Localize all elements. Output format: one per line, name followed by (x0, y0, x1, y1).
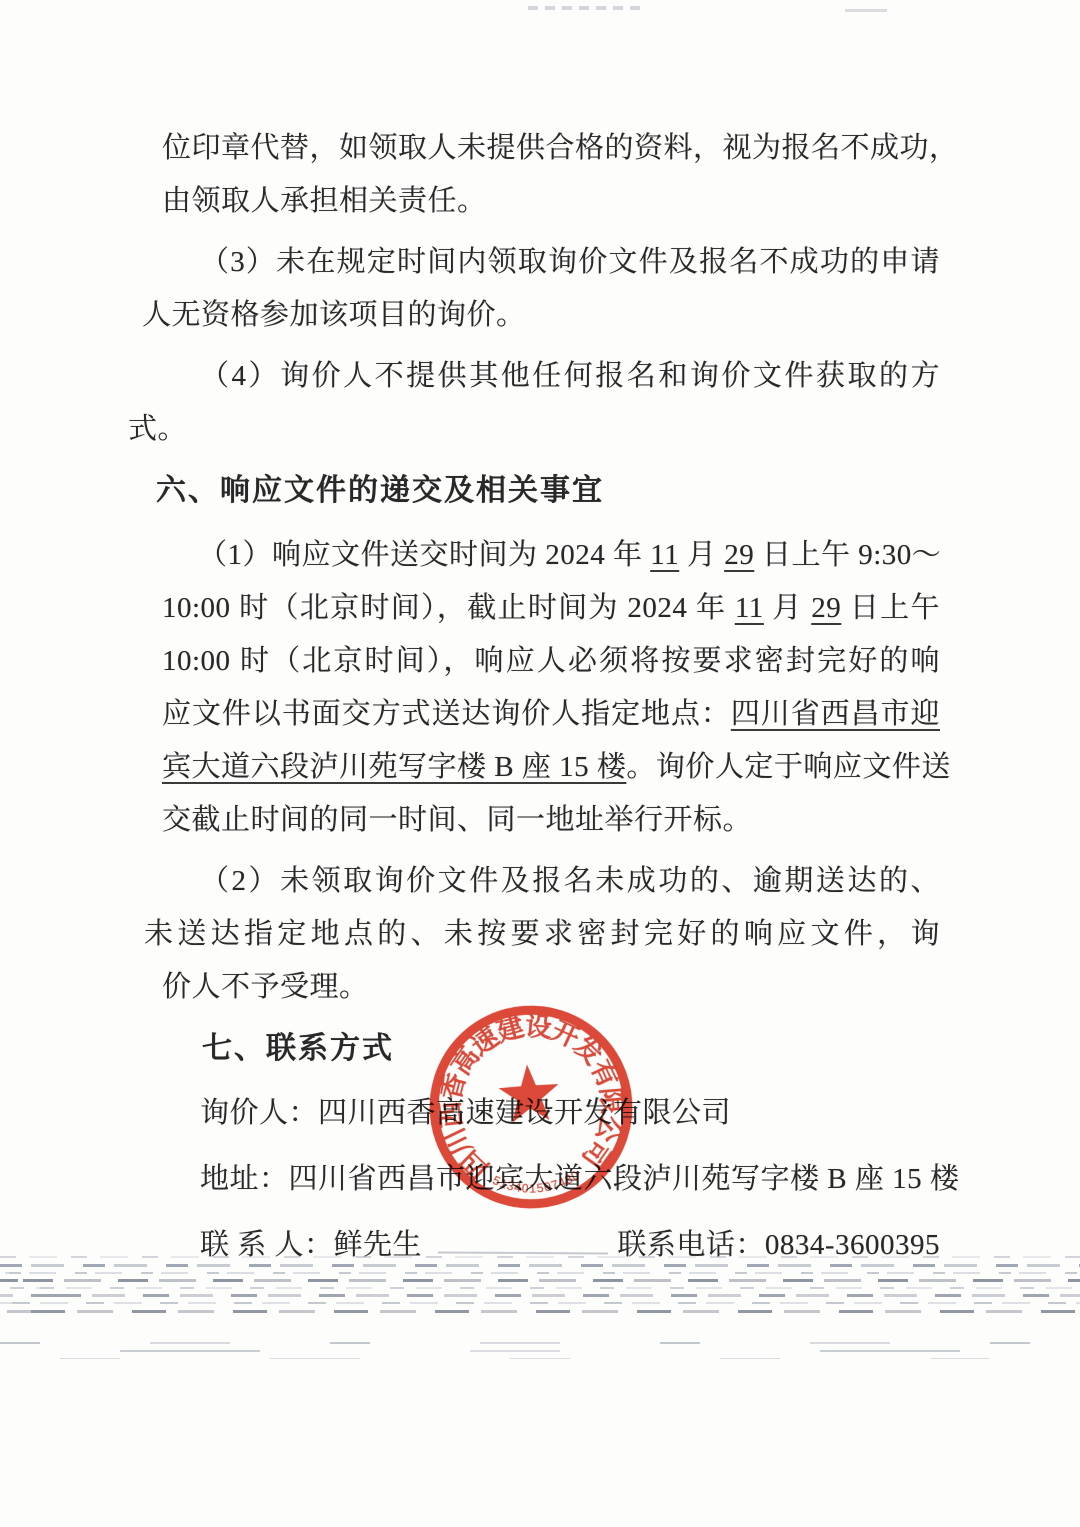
text-segment: 10:00 时（北京时间），截止时间为 2024 年 (162, 592, 735, 624)
text-line: （3）未在规定时间内领取询价文件及报名不成功的申请 (200, 236, 940, 289)
text-segment: 交截止时间的同一时间、同一地址举行开标。 (162, 804, 752, 836)
underlined-text: 29 (724, 539, 754, 571)
para-item-3: （3）未在规定时间内领取询价文件及报名不成功的申请人无资格参加该项目的询价。 (162, 236, 940, 342)
scan-streak (0, 1287, 1080, 1289)
text-line: 由领取人承担相关责任。 (162, 175, 940, 228)
text-segment: 人无资格参加该项目的询价。 (142, 299, 526, 331)
text-segment: 六、响应文件的递交及相关事宜 (156, 474, 604, 507)
text-segment: （1）响应文件送交时间为 2024 年 (198, 539, 650, 571)
text-segment: 未送达指定地点的、未按要求密封完好的响应文件，询 (144, 918, 940, 950)
text-segment: 式。 (128, 413, 187, 445)
text-line: （2）未领取询价文件及报名未成功的、逾期送达的、 (200, 855, 940, 908)
scan-streak (0, 1342, 1080, 1344)
scan-streak (0, 1310, 1080, 1313)
text-segment: 日上午 (841, 592, 940, 624)
text-line: 位印章代替，如领取人未提供合格的资料，视为报名不成功， (162, 122, 940, 175)
scan-streak (0, 1358, 1080, 1359)
text-line: 六、响应文件的递交及相关事宜 (156, 464, 940, 517)
scanned-document-page: 位印章代替，如领取人未提供合格的资料，视为报名不成功，由领取人承担相关责任。（3… (0, 0, 1080, 1527)
underlined-text: 宾大道六段泸川苑写字楼 B 座 15 楼 (162, 751, 626, 783)
underlined-text: 11 (735, 592, 764, 624)
text-segment: （2）未领取询价文件及报名未成功的、逾期送达的、 (200, 865, 940, 897)
para-item-1-submission: （1）响应文件送交时间为 2024 年 11 月 29 日上午 9:30～10:… (162, 529, 940, 847)
text-segment: 。询价人定于响应文件送 (626, 751, 951, 783)
text-line: 宾大道六段泸川苑写字楼 B 座 15 楼。询价人定于响应文件送 (162, 741, 940, 794)
underlined-text: 四川省西昌市迎 (731, 698, 940, 730)
text-segment: 应文件以书面交方式送达询价人指定地点： (162, 698, 731, 730)
text-line: 联 系 人：鲜先生联系电话：0834-3600395 (200, 1219, 940, 1272)
contact-person-phone: 联 系 人：鲜先生联系电话：0834-3600395 (162, 1219, 940, 1272)
para-seal-substitute: 位印章代替，如领取人未提供合格的资料，视为报名不成功，由领取人承担相关责任。 (162, 122, 940, 228)
scan-streak (0, 1302, 1080, 1304)
para-item-4: （4）询价人不提供其他任何报名和询价文件获取的方式。 (162, 350, 940, 456)
scan-streak (0, 1350, 1080, 1352)
text-segment: 价人不予受理。 (162, 971, 369, 1003)
text-segment: 由领取人承担相关责任。 (162, 185, 487, 217)
text-segment: 联 系 人：鲜先生 (200, 1219, 422, 1272)
text-line: （1）响应文件送交时间为 2024 年 11 月 29 日上午 9:30～ (198, 529, 940, 582)
seal-star-icon (497, 1062, 561, 1123)
text-segment: 10:00 时（北京时间），响应人必须将按要求密封完好的响 (162, 645, 940, 677)
underlined-text: 11 (650, 539, 679, 571)
heading-section-6: 六、响应文件的递交及相关事宜 (162, 464, 940, 517)
text-line: 式。 (128, 403, 940, 456)
text-segment: 日上午 9:30～ (754, 539, 941, 571)
text-line: 10:00 时（北京时间），响应人必须将按要求密封完好的响 (162, 635, 940, 688)
seal-graphic: 四川西香高速建设开发有限公司 5134015074804 (417, 993, 645, 1221)
para-item-2-rejection: （2）未领取询价文件及报名未成功的、逾期送达的、未送达指定地点的、未按要求密封完… (162, 855, 940, 1014)
text-line: 人无资格参加该项目的询价。 (142, 289, 940, 342)
scan-smudge-top (528, 6, 640, 10)
text-line: 交截止时间的同一时间、同一地址举行开标。 (162, 794, 940, 847)
text-segment: 七、联系方式 (202, 1032, 394, 1065)
scan-smudge-top-right (845, 9, 887, 12)
text-line: 应文件以书面交方式送达询价人指定地点：四川省西昌市迎 (162, 688, 940, 741)
text-segment: 月 (764, 592, 811, 624)
text-segment: （4）询价人不提供其他任何报名和询价文件获取的方 (200, 360, 940, 392)
text-segment: 联系电话：0834-3600395 (617, 1219, 940, 1272)
text-segment: 月 (679, 539, 724, 571)
underlined-text: 29 (811, 592, 841, 624)
text-segment: 位印章代替，如领取人未提供合格的资料，视为报名不成功， (162, 132, 959, 164)
text-line: 10:00 时（北京时间），截止时间为 2024 年 11 月 29 日上午 (162, 582, 940, 635)
text-segment: （3）未在规定时间内领取询价文件及报名不成功的申请 (200, 246, 940, 278)
official-company-seal: 四川西香高速建设开发有限公司 5134015074804 (417, 993, 645, 1221)
text-line: （4）询价人不提供其他任何报名和询价文件获取的方 (200, 350, 940, 403)
scan-streak (0, 1294, 1080, 1297)
text-line: 未送达指定地点的、未按要求密封完好的响应文件，询 (144, 908, 940, 961)
